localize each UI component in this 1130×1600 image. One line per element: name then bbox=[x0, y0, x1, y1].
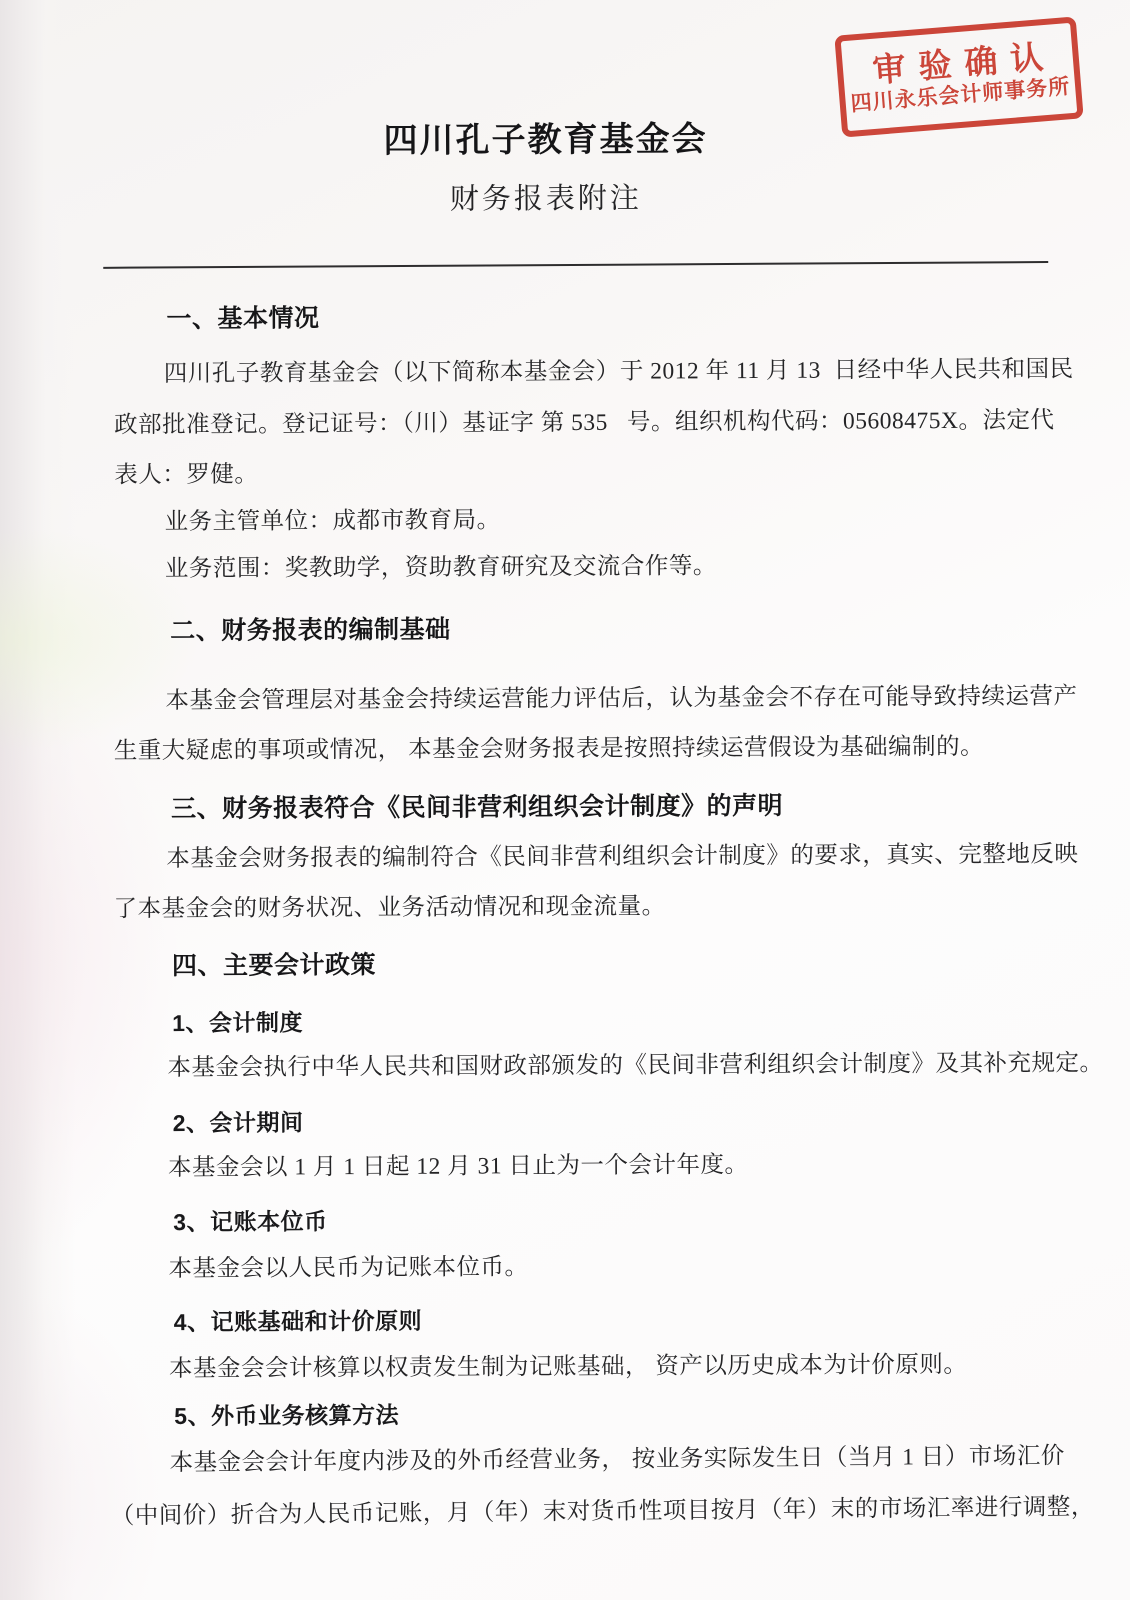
policy-5-line-1: 本基金会会计年度内涉及的外币经营业务， 按业务实际发生日（当月 1 日）市场汇价 bbox=[169, 1436, 1065, 1477]
section-3-line-2: 了本基金会的财务状况、业务活动情况和现金流量。 bbox=[113, 886, 665, 923]
section-1-line-3: 表人：罗健。 bbox=[114, 455, 258, 490]
policy-3-heading: 3、记账本位币 bbox=[173, 1203, 327, 1237]
section-4-heading: 四、主要会计政策 bbox=[172, 945, 376, 982]
document-subtitle: 财务报表附注 bbox=[0, 173, 1092, 220]
section-2-heading: 二、财务报表的编制基础 bbox=[170, 610, 451, 647]
section-1-line-1: 四川孔子教育基金会（以下简称本基金会）于 2012 年 11 月 13 日经中华… bbox=[164, 349, 1074, 388]
policy-1-text: 本基金会执行中华人民共和国财政部颁发的《民间非营利组织会计制度》及其补充规定。 bbox=[167, 1043, 1103, 1082]
section-1-heading: 一、基本情况 bbox=[166, 298, 319, 335]
section-2-line-1: 本基金会管理层对基金会持续运营能力评估后，认为基金会不存在可能导致持续运营产 bbox=[165, 676, 1077, 715]
section-1-line-2: 政部批准登记。登记证号：（川）基证字 第 535 号。组织机构代码：056084… bbox=[114, 400, 1055, 439]
scanned-page: 审验确认 四川永乐会计师事务所 四川孔子教育基金会 财务报表附注 一、基本情况 … bbox=[0, 0, 1130, 1600]
policy-4-text: 本基金会会计核算以权责发生制为记账基础， 资产以历史成本为计价原则。 bbox=[169, 1345, 968, 1383]
horizontal-rule bbox=[103, 261, 1048, 269]
policy-2-heading: 2、会计期间 bbox=[173, 1104, 304, 1138]
section-3-heading: 三、财务报表符合《民间非营利组织会计制度》的声明 bbox=[171, 786, 783, 825]
section-3-line-1: 本基金会财务报表的编制符合《民间非营利组织会计制度》的要求，真实、完整地反映 bbox=[166, 834, 1078, 873]
section-1-line-4: 业务主管单位：成都市教育局。 bbox=[164, 500, 500, 536]
document-content: 四川孔子教育基金会 财务报表附注 一、基本情况 四川孔子教育基金会（以下简称本基… bbox=[0, 0, 1130, 1600]
policy-5-line-2: （中间价）折合为人民币记账，月（年）末对货币性项目按月（年）末的市场汇率进行调整… bbox=[111, 1487, 1095, 1530]
policy-1-heading: 1、会计制度 bbox=[172, 1004, 303, 1038]
policy-5-heading: 5、外币业务核算方法 bbox=[174, 1397, 399, 1431]
section-2-line-2: 生重大疑虑的事项或情况， 本基金会财务报表是按照持续运营假设为基础编制的。 bbox=[114, 727, 985, 766]
policy-3-text: 本基金会以人民币为记账本位币。 bbox=[168, 1247, 528, 1283]
document-title: 四川孔子教育基金会 bbox=[0, 109, 1092, 164]
policy-4-heading: 4、记账基础和计价原则 bbox=[174, 1303, 422, 1337]
section-1-line-5: 业务范围：奖教助学，资助教育研究及交流合作等。 bbox=[165, 546, 717, 583]
policy-2-text: 本基金会以 1 月 1 日起 12 月 31 日止为一个会计年度。 bbox=[168, 1145, 749, 1182]
